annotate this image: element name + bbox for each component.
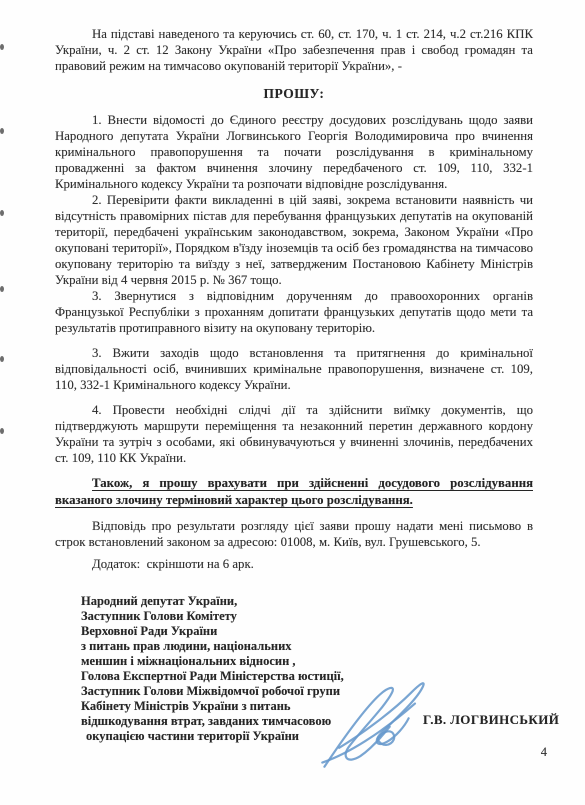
signatory-title-line: меншин і міжнаціональних відносин , bbox=[81, 654, 533, 669]
scan-artifact bbox=[0, 210, 4, 216]
request-item-4: 4. Провести необхідні слідчі дії та здій… bbox=[55, 402, 533, 466]
response-paragraph: Відповідь про результати розгляду цієї з… bbox=[55, 518, 533, 550]
request-item-3a: 3. Звернутися з відповідним дорученням д… bbox=[55, 288, 533, 336]
signature-section: Народний депутат України, Заступник Голо… bbox=[55, 594, 533, 769]
signatory-title-line: з питань прав людини, національних bbox=[81, 639, 533, 654]
scan-artifact bbox=[0, 356, 4, 362]
intro-paragraph: На підставі наведеного та керуючись ст. … bbox=[55, 26, 533, 74]
scan-artifact bbox=[0, 428, 4, 434]
emphasis-paragraph: Також, я прошу врахувати при здійсненні … bbox=[55, 475, 533, 509]
request-item-3b: 3. Вжити заходів щодо встановлення та пр… bbox=[55, 345, 533, 393]
signatory-title-line: Верховної Ради України bbox=[81, 624, 533, 639]
page-number: 4 bbox=[541, 744, 547, 760]
signatory-title-line: окупацією частини території України bbox=[81, 729, 533, 744]
handwritten-signature-icon bbox=[317, 672, 435, 772]
request-item-2: 2. Перевірити факти викладенні в цій зая… bbox=[55, 192, 533, 288]
attachment-line: Додаток: скріншоти на 6 арк. bbox=[55, 556, 533, 572]
scan-artifact bbox=[0, 44, 4, 50]
signatory-title-line: Заступник Голови Міжвідомчої робочої гру… bbox=[81, 684, 533, 699]
signatory-title-line: Голова Експертної Ради Міністерства юсти… bbox=[81, 669, 533, 684]
signatory-name: Г.В. ЛОГВИНСЬКИЙ bbox=[423, 712, 559, 728]
document-page: На підставі наведеного та керуючись ст. … bbox=[0, 0, 585, 805]
signatory-title-line: Народний депутат України, bbox=[81, 594, 533, 609]
scan-artifact bbox=[0, 286, 4, 292]
scan-artifact bbox=[0, 128, 4, 134]
request-heading: ПРОШУ: bbox=[55, 86, 533, 102]
request-item-1: 1. Внести відомості до Єдиного реєстру д… bbox=[55, 112, 533, 192]
signatory-title-line: Заступник Голови Комітету bbox=[81, 609, 533, 624]
